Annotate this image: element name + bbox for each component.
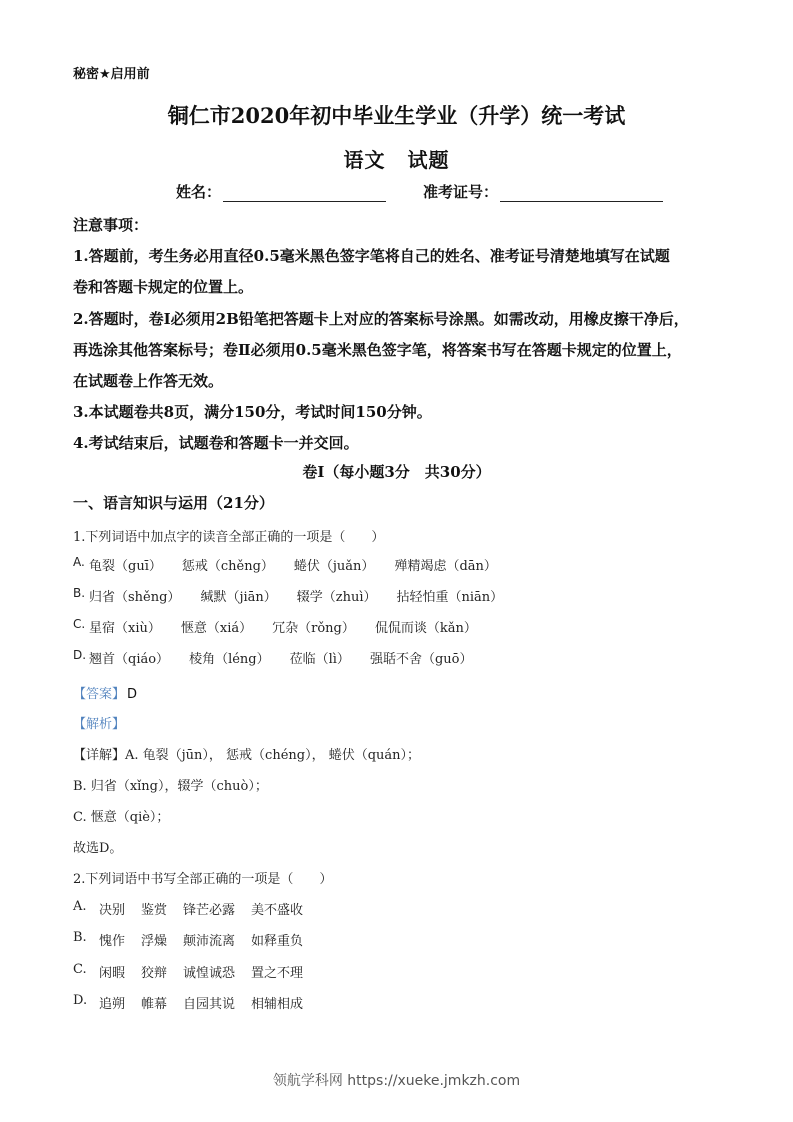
question-2-option-b: B. 愧作 浮燥 颠沛流离 如释重负 [73,930,319,949]
exam-id-label: 准考证号： [423,181,498,202]
option-item: 置之不理 [251,962,303,981]
option-item: 锋芒必露 [183,899,235,918]
option-item: 颠沛流离 [183,930,235,949]
answer-row: 【答案】D [73,683,137,702]
question-2-stem: 2.下列词语中书写全部正确的一项是（ ） [73,868,332,887]
option-label: B. [73,586,89,605]
option-item: 归省（shěng） [89,586,180,605]
option-item: 美不盛收 [251,899,303,918]
note-line: 2.答题时，卷Ⅰ必须用2B铅笔把答题卡上对应的答案标号涂黑。如需改动，用橡皮擦干… [73,308,689,329]
option-item: 拈轻怕重（niān） [397,586,504,605]
option-item: 惬意（xiá） [181,617,252,636]
option-item: 相辅相成 [251,993,303,1012]
subject-suffix: 试题 [408,148,450,172]
option-item: 冗杂（rǒng） [272,617,355,636]
question-1-option-a: A. 龟裂（guī） 惩戒（chěng） 蜷伏（juǎn） 殚精竭虑（dān） [73,555,517,574]
subject-name: 语文 [344,148,386,172]
question-1-stem: 1.下列词语中加点字的读音全部正确的一项是（ ） [73,526,384,545]
question-2-option-d: D. 追朔 帷幕 自园其说 相辅相成 [73,993,319,1012]
exam-id-field: 准考证号： [423,181,663,202]
option-item: 棱角（léng） [189,648,270,667]
question-2-option-a: A. 决别 鉴赏 锋芒必露 美不盛收 [73,899,319,918]
option-item: 龟裂（guī） [89,555,162,574]
answer-label: 【答案】 [73,687,125,702]
name-label: 姓名： [176,181,221,202]
option-item: 惩戒（chěng） [182,555,274,574]
detail-line: 故选D。 [73,837,122,856]
note-line: 卷和答题卡规定的位置上。 [73,276,253,297]
footer-watermark: 领航学科网 https://xueke.jmkzh.com [0,1070,793,1090]
note-line: 4.考试结束后，试题卷和答题卡一并交回。 [73,432,359,453]
option-item: 殚精竭虑（dān） [394,555,496,574]
question-1-option-d: D. 翘首（qiáo） 棱角（léng） 莅临（lì） 强聒不舍（guō） [73,648,492,667]
part-heading: 一、语言知识与运用（21分） [73,492,274,513]
option-item: 缄默（jiān） [200,586,276,605]
exam-id-blank-line [500,186,663,202]
option-item: 愧作 [99,930,125,949]
question-1-option-b: B. 归省（shěng） 缄默（jiān） 辍学（zhuì） 拈轻怕重（niān… [73,586,523,605]
question-2-option-c: C. 闲暇 狡辩 诚惶诚恐 置之不理 [73,962,319,981]
option-label: A. [73,555,89,574]
answer-value: D [127,687,137,702]
option-label: A. [73,899,99,918]
option-item: 莅临（lì） [290,648,350,667]
notes-heading: 注意事项： [73,214,148,235]
option-item: 侃侃而谈（kǎn） [375,617,477,636]
option-item: 如释重负 [251,930,303,949]
option-item: 诚惶诚恐 [183,962,235,981]
detail-line: C. 惬意（qiè）； [73,806,169,825]
option-item: 鉴赏 [141,899,167,918]
subject-title: 语文试题 [0,144,793,173]
option-item: 蜷伏（juǎn） [294,555,375,574]
option-item: 闲暇 [99,962,125,981]
option-item: 星宿（xiù） [89,617,161,636]
option-item: 浮燥 [141,930,167,949]
candidate-fields: 姓名： 准考证号： [176,181,663,202]
note-line: 再选涂其他答案标号；卷Ⅱ必须用0.5毫米黑色签字笔，将答案书写在答题卡规定的位置… [73,339,682,360]
note-line: 3.本试题卷共8页，满分150分，考试时间150分钟。 [73,401,432,422]
option-item: 帷幕 [141,993,167,1012]
confidential-label: 秘密★启用前 [73,63,150,82]
option-item: 自园其说 [183,993,235,1012]
exam-title: 铜仁市2020年初中毕业生学业（升学）统一考试 [0,100,793,130]
analysis-label: 【解析】 [73,713,125,732]
name-blank-line [223,186,386,202]
note-line: 1.答题前，考生务必用直径0.5毫米黑色签字笔将自己的姓名、准考证号清楚地填写在… [73,245,670,266]
detail-line: 【详解】A. 龟裂（jūn）， 惩戒（chéng）， 蜷伏（quán）； [73,744,420,763]
detail-line: B. 归省（xǐng），辍学（chuò）； [73,775,268,794]
option-label: B. [73,930,99,949]
option-item: 辍学（zhuì） [297,586,377,605]
option-item: 强聒不舍（guō） [370,648,473,667]
option-item: 狡辩 [141,962,167,981]
name-field: 姓名： [176,181,386,202]
option-label: D. [73,993,99,1012]
option-label: D. [73,648,89,667]
note-line: 在试题卷上作答无效。 [73,370,223,391]
option-item: 翘首（qiáo） [89,648,169,667]
option-label: C. [73,617,89,636]
option-item: 决别 [99,899,125,918]
option-item: 追朔 [99,993,125,1012]
option-label: C. [73,962,99,981]
question-1-option-c: C. 星宿（xiù） 惬意（xiá） 冗杂（rǒng） 侃侃而谈（kǎn） [73,617,497,636]
section-heading: 卷Ⅰ（每小题3分 共30分） [0,461,793,482]
